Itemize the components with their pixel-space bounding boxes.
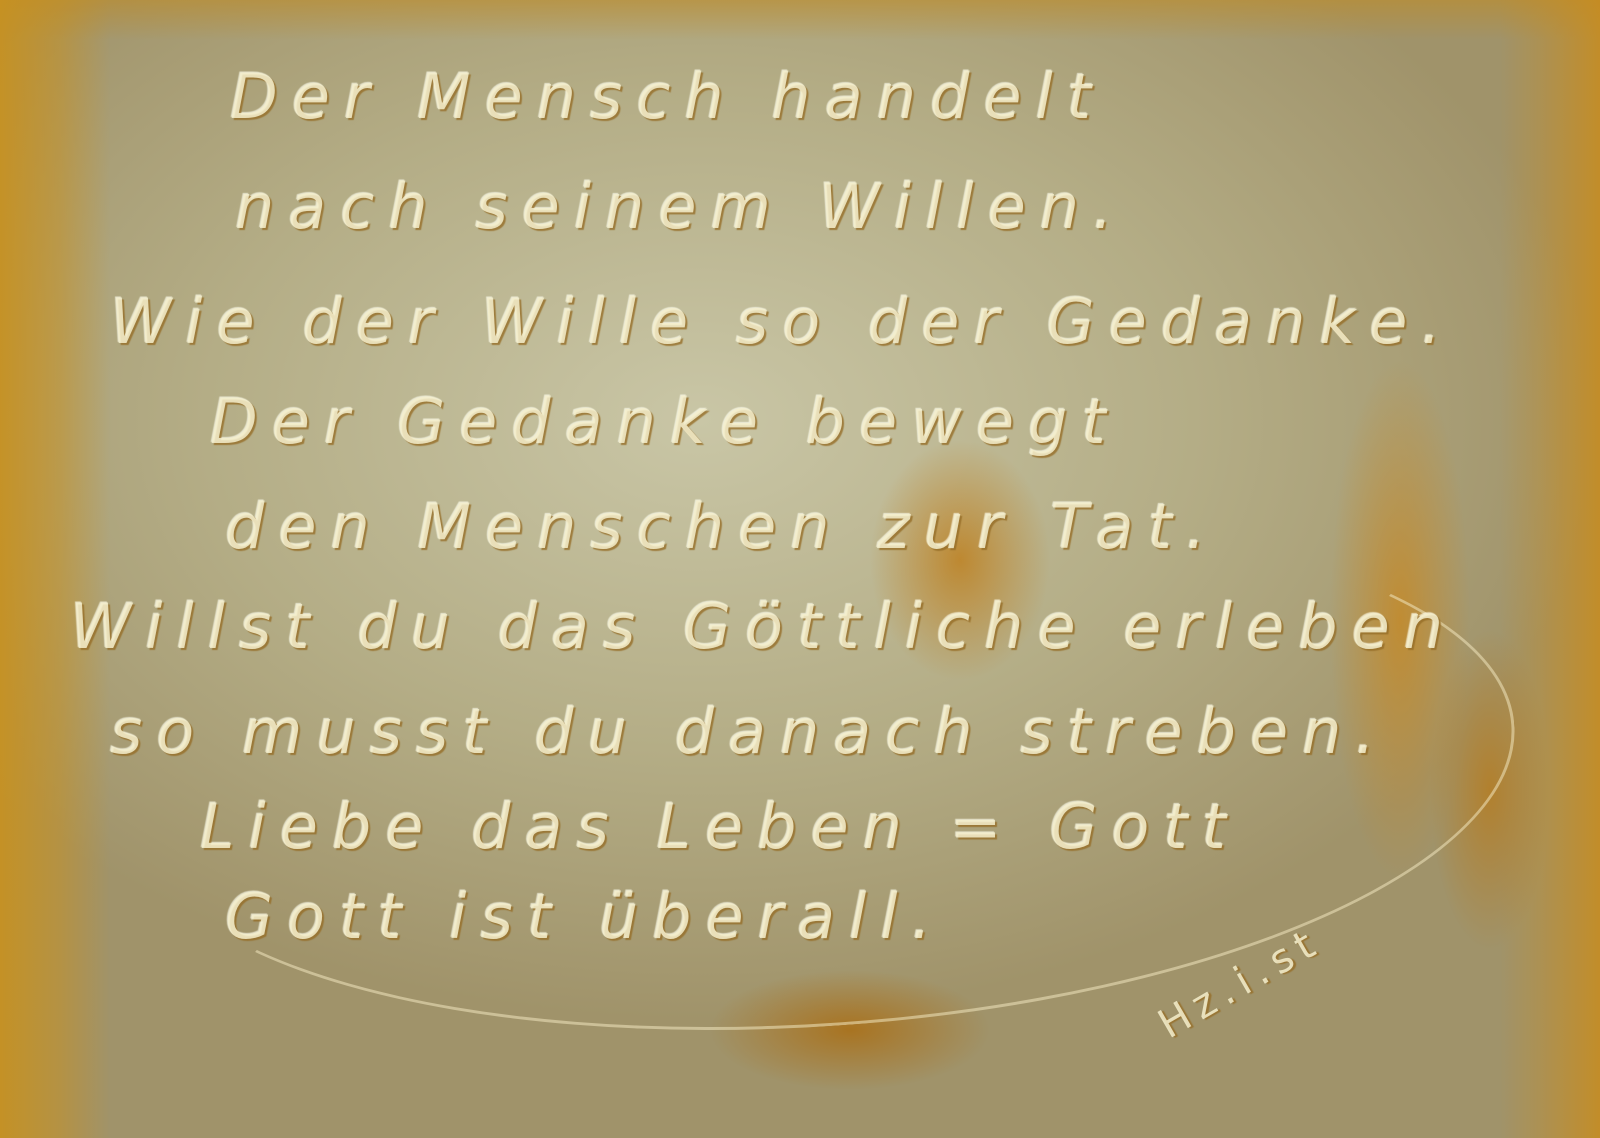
inscription-line-2: nach seinem Willen.: [235, 170, 1127, 243]
inscription-line-6: Willst du das Göttliche erleben: [70, 590, 1457, 663]
inscription-line-7: so musst du danach streben.: [110, 695, 1389, 768]
inscription-line-8: Liebe das Leben = Gott: [200, 790, 1240, 863]
engraved-metal-plate: Der Mensch handelt nach seinem Willen. W…: [0, 0, 1600, 1138]
inscription-line-1: Der Mensch handelt: [230, 60, 1105, 133]
inscription-line-4: Der Gedanke bewegt: [210, 385, 1120, 458]
inscription: Der Mensch handelt nach seinem Willen. W…: [0, 0, 1600, 1138]
inscription-line-3: Wie der Wille so der Gedanke.: [110, 285, 1455, 358]
inscription-line-9: Gott ist überall.: [225, 880, 945, 953]
inscription-line-5: den Menschen zur Tat.: [225, 490, 1220, 563]
